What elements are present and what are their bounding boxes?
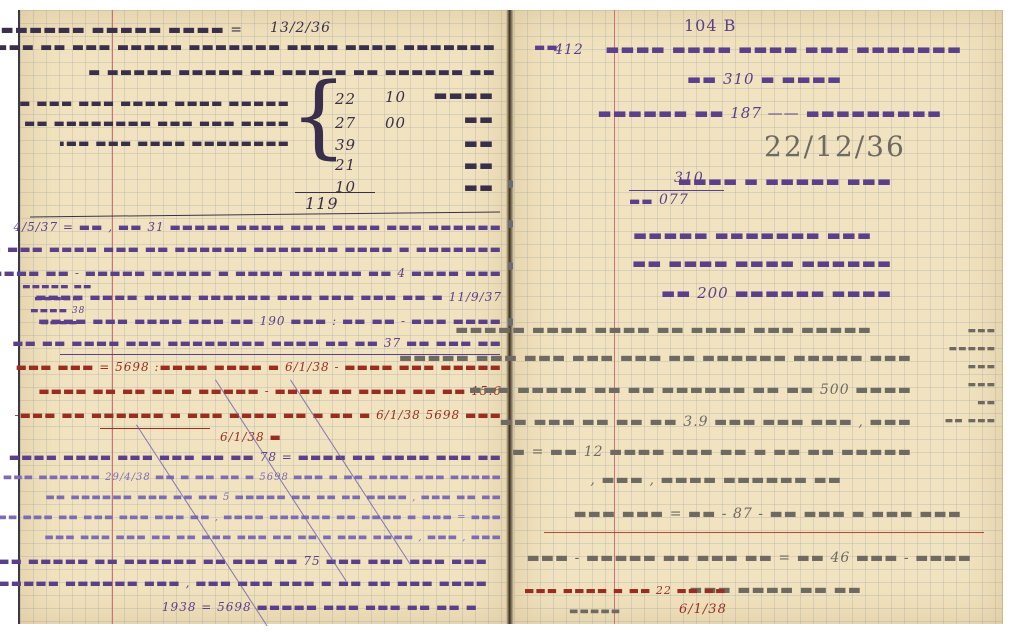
entry-line: ▬▬ ▬▬ ▬▬▬ , ▬▬▬▬ ▬▬ ▬▬ ▬▬ ▬▬▬▬▬ 5 ▬▬ ▬▬ … — [45, 492, 502, 503]
section-divider — [30, 212, 500, 218]
corner-unit: ▬▬ — [534, 40, 559, 54]
table-row-label: ▬▬ — [464, 110, 494, 128]
header-date: 13/2/36 — [270, 20, 331, 36]
sum-rule — [295, 192, 375, 193]
table-col-header: 10 — [385, 88, 406, 106]
entry-line: ▬▬ ▬▬▬ ▬▬ 37 ▬▬ ▬▬ ▬▬▬▬ ▬▬▬▬▬▬▬▬ ▬▬▬ ▬▬▬… — [12, 336, 502, 350]
pencil-line: ▬▬▬▬ 500 ▬▬ ▬▬ ▬▬▬▬▬▬ ▬▬ ▬▬ ▬▬▬▬▬ ▬▬▬ — [469, 382, 912, 398]
table-note: ▬▬▬▬▬ ▬▬▬▬ ▬▬▬▬ ▬▬▬ ▬▬▬ ▬▬▬▬ ▬ ▬▬ — [20, 96, 290, 110]
staple — [508, 180, 513, 188]
entry-line: ▬▬▬ = ▬▬▬ ▬ ▬▬▬▬ ▬▬ ▬▬▬▬▬▬ ▬▬▬▬ , ▬▬ ▬▬▬… — [0, 512, 502, 523]
staple — [508, 262, 513, 270]
margin-list-item: ▬▬▬ — [967, 380, 996, 390]
entry-line: ▬▬▬ ▬▬▬▬ 4 ▬▬ ▬▬▬▬▬▬ ▬▬▬▬ ▬ ▬▬▬▬▬ ▬▬▬▬▬ … — [0, 266, 502, 280]
table-row-label: ▬▬ — [464, 156, 494, 174]
margin-list-item: ▬▬▬ ▬▬ — [945, 416, 996, 426]
margin-note: 38 ▬▬▬▬ — [30, 306, 85, 316]
entry-line: ▬▬▬▬ ▬▬▬ ▬▬ ▬▬ ▬ ▬▬▬ ▬▬▬ ▬▬▬ , ▬▬▬ ▬▬▬▬▬… — [0, 576, 488, 590]
brace: { — [290, 72, 347, 162]
page-number: 104 B — [684, 16, 736, 35]
margin-note: ▬▬▬▬ — [40, 318, 78, 328]
margin-list-item: ▬▬▬▬▬ — [948, 344, 996, 354]
entry-line: ▬▬▬▬▬▬ ▬▬▬ ▬▬▬▬ ▬▬▬ ▬▬▬▬ ▬▬▬▬▬ 31 ▬▬ , ▬… — [13, 220, 502, 234]
table-row-label: ▬▬ — [464, 134, 494, 152]
margin-list-item: ▬▬ — [977, 398, 996, 408]
entry-line: ▬▬▬ ▬▬▬▬▬ ▬ ▬▬▬▬ — [677, 172, 892, 190]
entry-line: 11/9/37 ▬ ▬▬ ▬▬▬ ▬▬▬ ▬▬▬ ▬▬▬▬▬▬ ▬▬▬▬ ▬▬▬… — [35, 290, 502, 304]
table-note: ▬▬▬▬ ▬▬▬ ▬▬▬ ▬▬▬▬▬▬▬▬ ▬▬ ▬▬▬ ▬▬▬▬ — [20, 116, 290, 130]
entry-line: ▬ ▬▬ ▬▬ ▬▬▬ ▬▬▬ ▬▬▬▬▬ 5698 = 1938 — [162, 600, 478, 614]
table-total: 119 — [305, 194, 339, 213]
red-note: ▬▬ ▬▬ 22 ▬▬ ▬ ▬▬▬▬ ▬▬▬ — [524, 584, 727, 597]
entry-line: ▬▬▬ , ▬▬▬ , ▬▬▬▬ ▬▬▬ ▬ ▬▬ ▬▬ ▬▬▬ ▬▬▬ ▬▬ … — [44, 532, 502, 543]
entry-date: 22/12/36 — [764, 130, 906, 163]
entry-line: ▬▬▬▬▬▬▬ ▬▬▬ ▬▬▬▬ ▬▬▬▬ ▬▬▬▬ — [605, 40, 962, 58]
entry-line: ▬▬▬ ▬▬▬ ▬▬▬ ▬▬▬ 75 ▬▬ ▬▬▬ ▬▬ ▬▬▬▬▬▬ ▬▬ ▬… — [0, 554, 488, 568]
pencil-line: ▬▬▬ ▬▬▬▬▬ ▬▬▬▬▬▬ ▬▬ ▬▬▬ ▬▬▬ ▬▬▬ ▬▬▬ ▬▬▬▬… — [399, 350, 912, 366]
red-entry-line: 15.6 ▬▬ ▬▬ ▬▬▬▬ ▬▬ ▬▬▬▬ - ▬▬▬▬▬ ▬ ▬▬ ▬▬ … — [38, 384, 502, 398]
margin-note: ▬▬▬▬▬ — [34, 294, 82, 304]
entry-line: ▬▬▬▬▬ ▬▬▬ ▬▬▬▬ ▬▬ ▬ ▬▬▬ 5698 ▬ ▬▬ ▬▬ ▬ ▬… — [3, 472, 502, 483]
table-note: ▬▬▬▬▬▬▬▬ ▬▬▬▬ ▬▬▬ ▬▬▬▬ ▬▬ = — [60, 136, 290, 150]
subtraction-rule — [629, 190, 724, 191]
entry-line: ▬▬▬▬ ▬▬▬▬▬▬ 200 ▬▬ — [661, 284, 892, 302]
pencil-line: ▬▬▬▬▬ ▬▬ ▬▬ ▬ ▬▬ ▬▬▬ ▬▬▬▬ 12 ▬▬ = ▬ — [512, 444, 912, 460]
staple — [508, 220, 513, 228]
table-row-label: ▬▬▬▬ — [433, 86, 494, 104]
red-rule — [544, 532, 984, 533]
entry-line: ▬▬▬▬▬▬▬ ▬ ▬▬▬▬ ▬▬▬▬▬▬▬ ▬▬▬▬▬▬ ▬▬ ▬▬▬ ▬▬▬… — [0, 242, 502, 256]
pencil-line: ▬▬▬▬ - ▬▬▬ 46 ▬▬ = ▬▬ ▬▬▬ ▬▬ ▬▬▬▬▬ - ▬▬▬ — [527, 550, 972, 566]
notebook-spine — [506, 10, 514, 624]
pencil-line: ▬▬ ▬▬▬▬▬▬ ▬▬▬▬ , ▬▬▬ , — [590, 472, 842, 488]
pencil-line: ▬▬▬ ▬▬▬ ▬ ▬▬▬ ▬▬ - 87 - ▬▬ = ▬▬▬ ▬▬▬ — [573, 506, 962, 522]
entry-line: ▬▬▬▬ ▬▬▬ - ▬▬ ▬▬ : ▬▬▬ 190 ▬▬ ▬▬▬ ▬▬▬▬ ▬… — [38, 314, 502, 328]
table-row-label: ▬▬ — [464, 178, 494, 196]
pencil-line: ▬▬▬ , ▬▬▬ ▬▬▬ ▬▬▬ 3.9 ▬▬ ▬▬ ▬▬ ▬▬▬ ▬▬ — [500, 414, 912, 430]
red-note-date: 6/1/38 — [679, 602, 727, 617]
subtraction-unit: ▬▬ — [629, 194, 654, 208]
entry-line: ▬▬ ▬▬▬ ▬▬▬▬ ▬▬ ▬▬▬▬ = 78 ▬▬ ▬▬ ▬▬▬ ▬▬▬ ▬… — [9, 450, 502, 464]
left-notebook-page: = ▬▬▬▬ ▬▬▬▬▬ ▬▬▬▬▬▬▬▬ 13/2/36 ▬▬▬▬▬▬▬ ▬▬… — [18, 10, 508, 624]
entry-line: ▬▬▬ ▬▬▬▬▬▬▬ ▬▬▬▬▬ — [633, 226, 872, 244]
header-title: = ▬▬▬▬ ▬▬▬▬▬ ▬▬▬▬▬▬▬▬ — [0, 22, 243, 38]
header-line: ▬▬▬▬▬▬▬ ▬▬▬▬ ▬▬▬▬ ▬▬▬▬▬▬▬ ▬▬▬▬▬ ▬▬▬ ▬▬ ▬… — [0, 40, 496, 55]
table-row-extra: 00 — [385, 114, 406, 132]
red-date: 6/1/38 ▬ — [220, 430, 282, 444]
red-entry-line: ▬▬▬ 5698 6/1/38 ▬ ▬▬ ▬ ▬▬ ▬▬▬▬ ▬▬▬ ▬ ▬▬▬… — [15, 408, 502, 422]
margin-list-item: ▬▬▬ — [967, 326, 996, 336]
subtraction-b: 077 — [659, 192, 689, 208]
entry-line: ▬▬▬▬▬▬▬▬▬ —— 187 ▬▬ ▬▬▬▬▬▬ — [597, 104, 942, 122]
margin-note: ▬▬ ▬▬▬▬▬ — [22, 282, 92, 292]
pencil-line: ▬▬▬▬▬ ▬▬▬ ▬▬▬▬ ▬▬ ▬▬▬▬ ▬▬▬▬ ▬▬▬▬▬ — [455, 322, 872, 338]
underline — [100, 428, 210, 429]
signature: ▬▬▬▬▬ — [569, 606, 621, 617]
entry-line: ▬▬▬▬▬▬ ▬▬▬▬ ▬▬▬▬ ▬▬ — [632, 254, 892, 272]
right-notebook-page: 104 B 412 ▬▬ ▬▬▬▬▬▬▬ ▬▬▬ ▬▬▬▬ ▬▬▬▬ ▬▬▬▬ … — [514, 10, 1003, 624]
margin-list-item: ▬▬▬ — [967, 362, 996, 372]
entry-line: ▬▬▬▬ ▬ 310 ▬▬ — [687, 70, 842, 88]
